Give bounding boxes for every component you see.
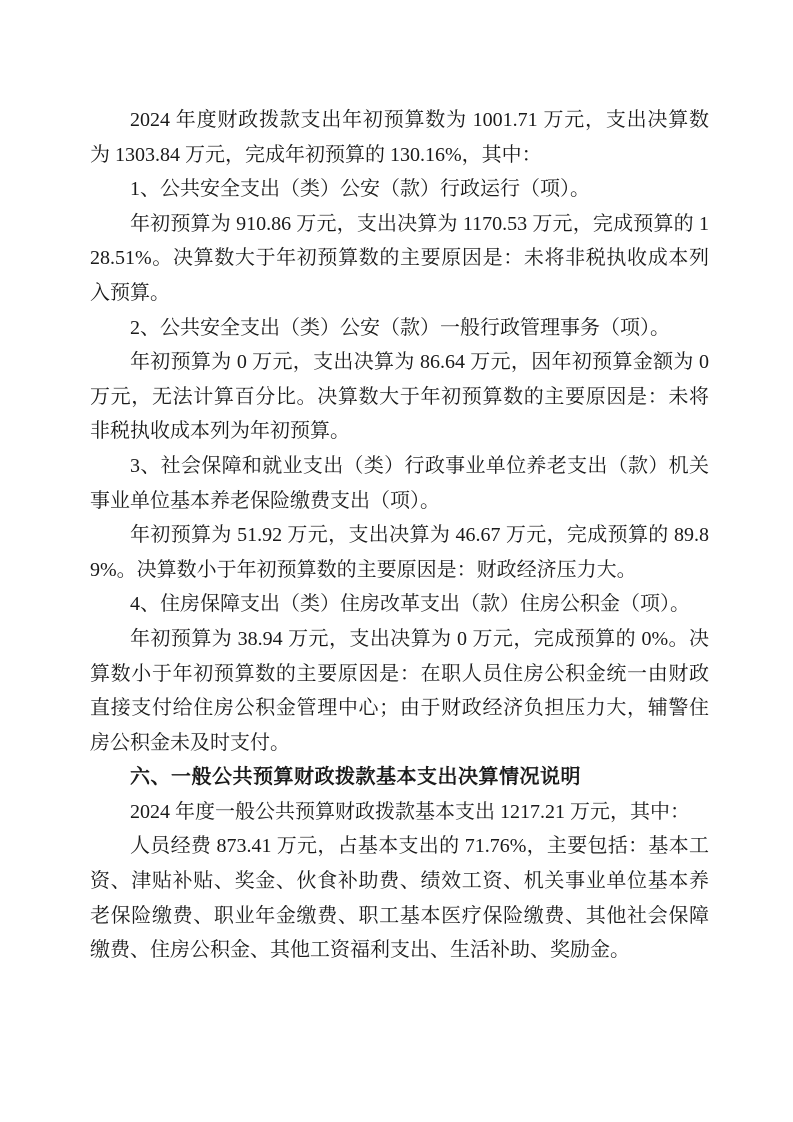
- basic-expenditure-summary-paragraph: 2024 年度一般公共预算财政拨款基本支出 1217.21 万元，其中：: [90, 795, 709, 830]
- item-3-title-paragraph: 3、社会保障和就业支出（类）行政事业单位养老支出（款）机关事业单位基本养老保险缴…: [90, 449, 709, 518]
- document-page: 2024 年度财政拨款支出年初预算数为 1001.71 万元，支出决算数为 13…: [0, 0, 793, 1122]
- personnel-funds-detail-paragraph: 人员经费 873.41 万元，占基本支出的 71.76%，主要包括：基本工资、津…: [90, 829, 709, 967]
- item-1-detail-paragraph: 年初预算为 910.86 万元，支出决算为 1170.53 万元，完成预算的 1…: [90, 207, 709, 311]
- item-4-detail-paragraph: 年初预算为 38.94 万元，支出决算为 0 万元，完成预算的 0%。决算数小于…: [90, 622, 709, 760]
- item-4-title-paragraph: 4、住房保障支出（类）住房改革支出（款）住房公积金（项）。: [90, 587, 709, 622]
- item-2-detail-paragraph: 年初预算为 0 万元，支出决算为 86.64 万元，因年初预算金额为 0 万元，…: [90, 345, 709, 449]
- item-3-detail-paragraph: 年初预算为 51.92 万元，支出决算为 46.67 万元，完成预算的 89.8…: [90, 518, 709, 587]
- item-2-title-paragraph: 2、公共安全支出（类）公安（款）一般行政管理事务（项）。: [90, 311, 709, 346]
- fiscal-expenditure-summary-paragraph: 2024 年度财政拨款支出年初预算数为 1001.71 万元，支出决算数为 13…: [90, 103, 709, 172]
- section-six-heading: 六、一般公共预算财政拨款基本支出决算情况说明: [90, 760, 709, 795]
- item-1-title-paragraph: 1、公共安全支出（类）公安（款）行政运行（项）。: [90, 172, 709, 207]
